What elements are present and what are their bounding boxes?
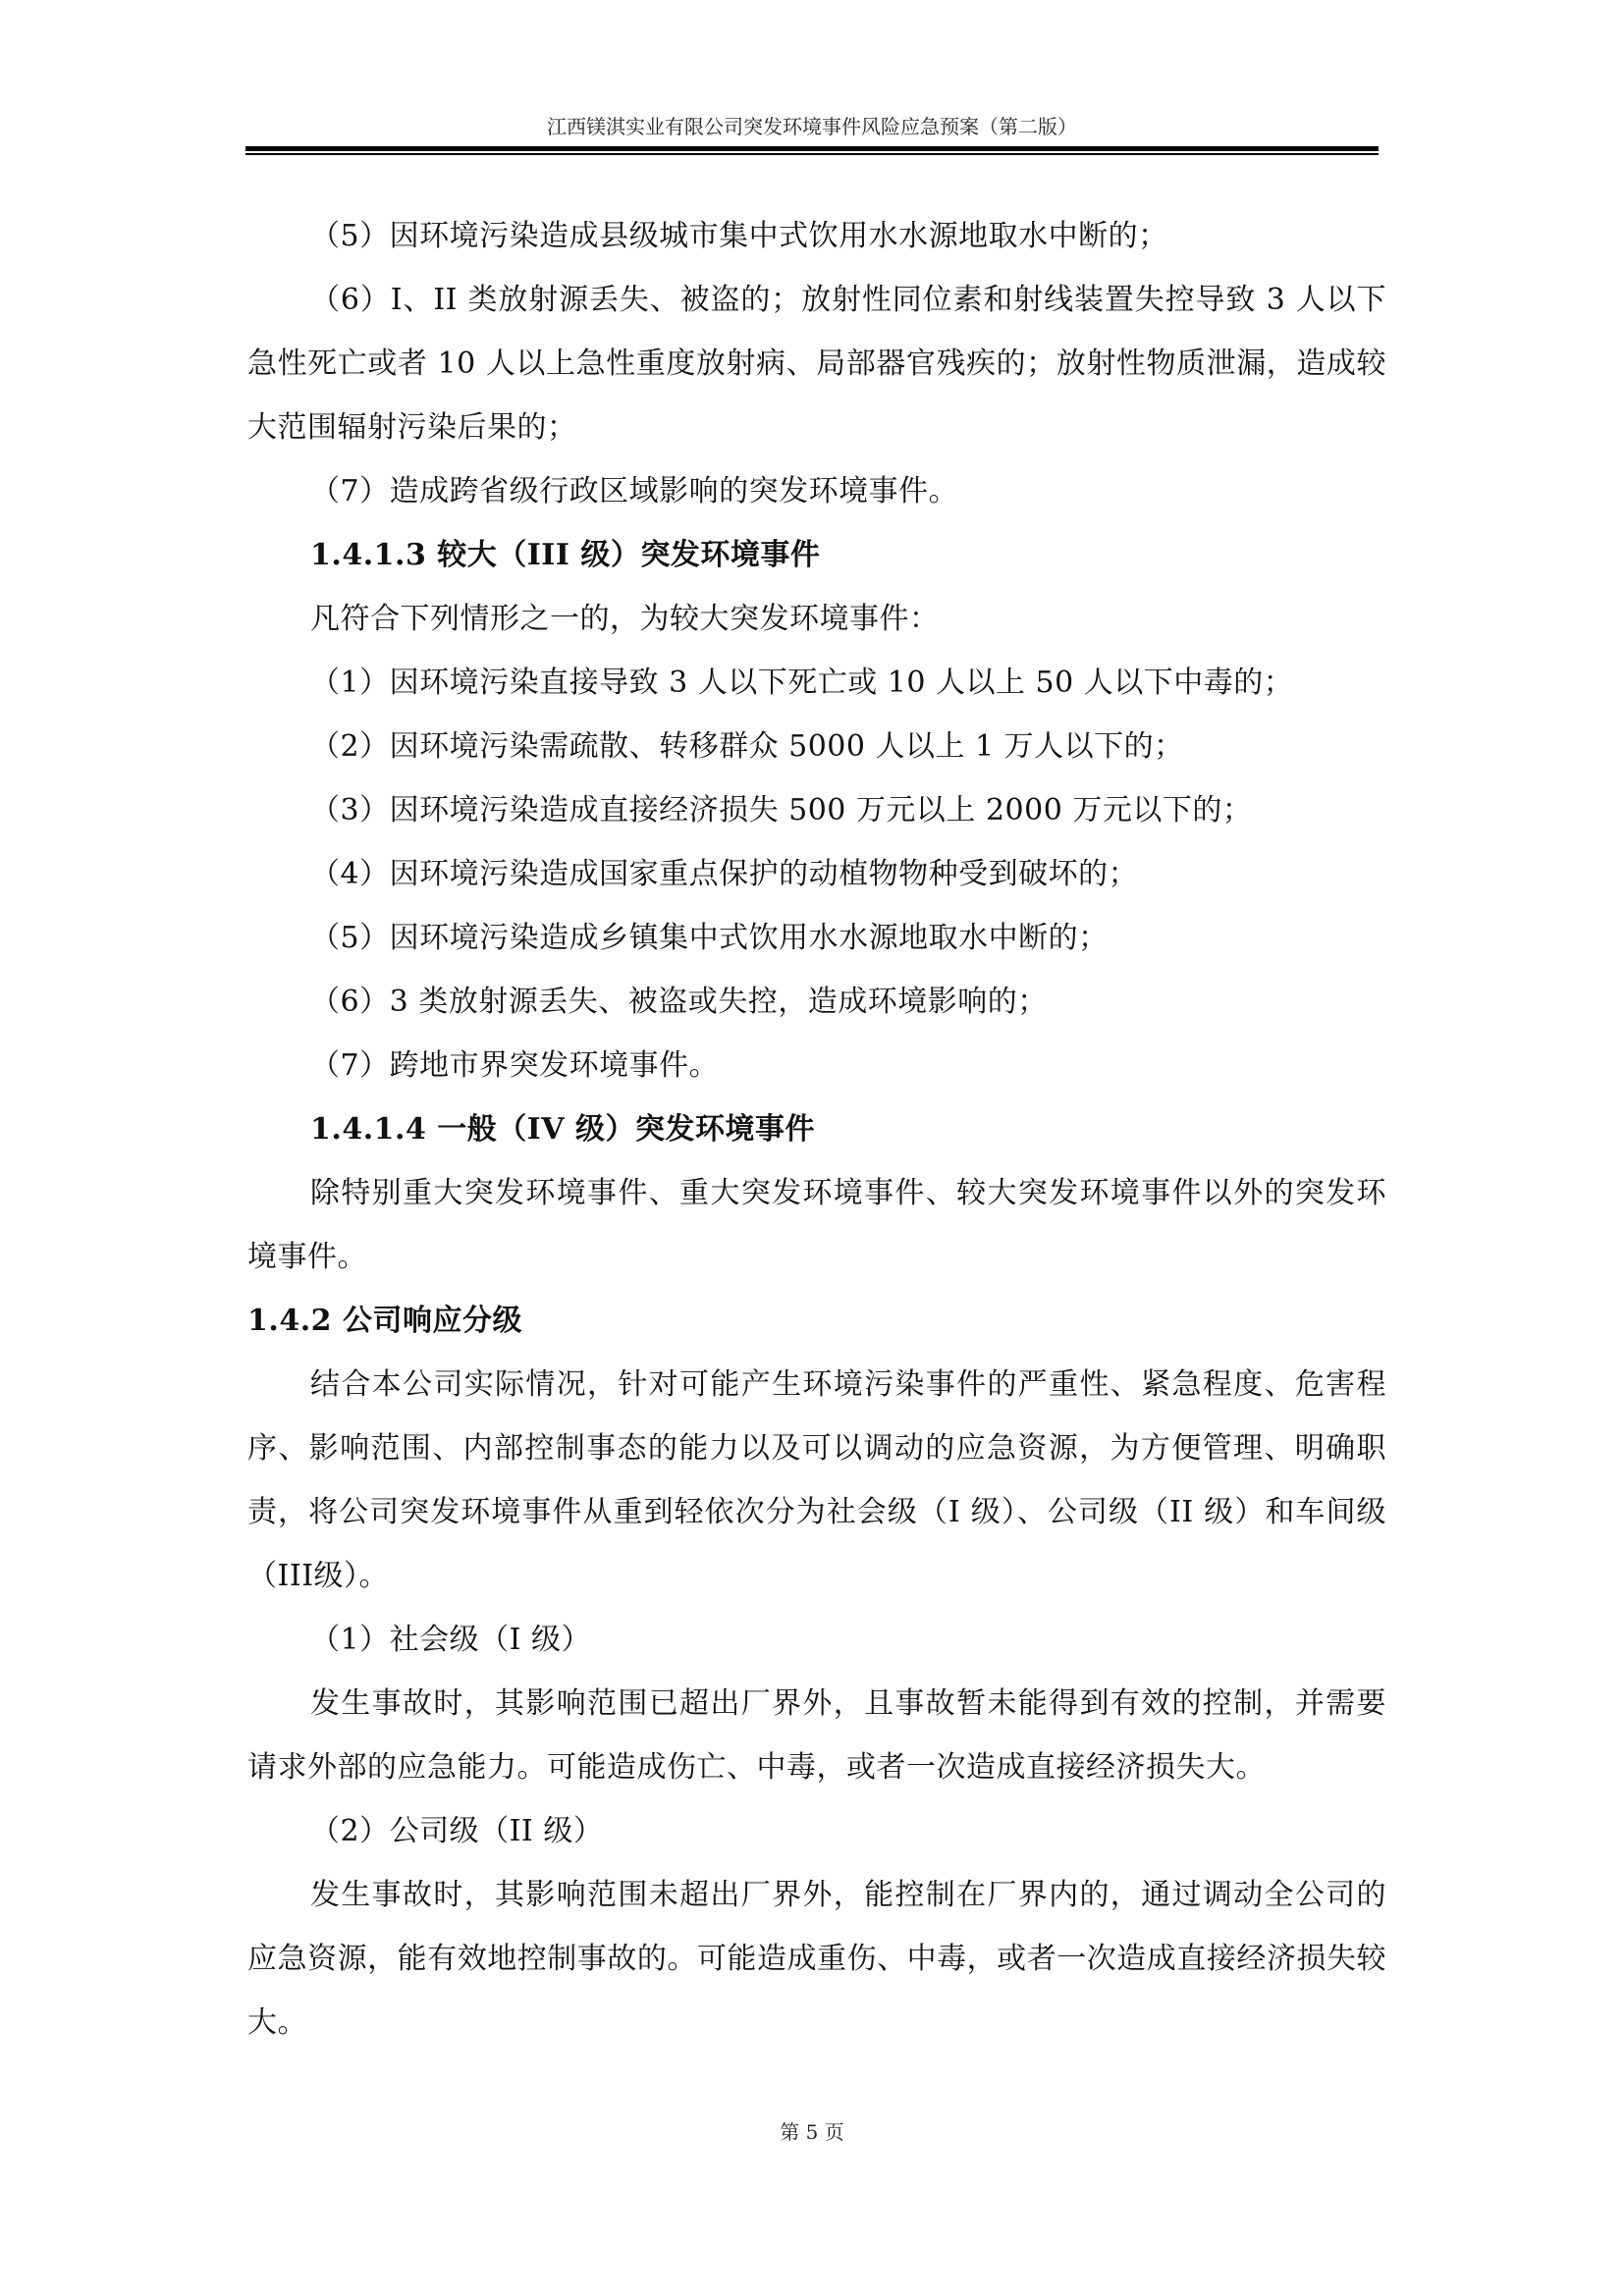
paragraph: 除特别重大突发环境事件、重大突发环境事件、较大突发环境事件以外的突发环境事件。	[247, 1161, 1386, 1289]
page-number: 第 5 页	[0, 2116, 1624, 2145]
list-item: （5）因环境污染造成县级城市集中式饮用水水源地取水中断的；	[247, 204, 1386, 268]
paragraph: 结合本公司实际情况，针对可能产生环境污染事件的严重性、紧急程度、危害程序、影响范…	[247, 1353, 1386, 1608]
list-item: （6）I、II 类放射源丢失、被盗的；放射性同位素和射线装置失控导致 3 人以下…	[247, 268, 1386, 459]
paragraph: 发生事故时，其影响范围已超出厂界外，且事故暂未能得到有效的控制，并需要请求外部的…	[247, 1672, 1386, 1799]
list-item: （4）因环境污染造成国家重点保护的动植物物种受到破坏的；	[247, 842, 1386, 906]
paragraph: 发生事故时，其影响范围未超出厂界外，能控制在厂界内的，通过调动全公司的应急资源，…	[247, 1863, 1386, 2055]
section-heading-1-4-2: 1.4.2 公司响应分级	[247, 1289, 1386, 1353]
list-item: （5）因环境污染造成乡镇集中式饮用水水源地取水中断的；	[247, 906, 1386, 970]
paragraph: 凡符合下列情形之一的，为较大突发环境事件：	[247, 587, 1386, 651]
list-item: （2）因环境污染需疏散、转移群众 5000 人以上 1 万人以下的；	[247, 715, 1386, 778]
list-item: （1）因环境污染直接导致 3 人以下死亡或 10 人以上 50 人以下中毒的；	[247, 651, 1386, 715]
header-rule-thick	[245, 146, 1379, 151]
list-item: （7）跨地市界突发环境事件。	[247, 1034, 1386, 1097]
list-item: （2）公司级（II 级）	[247, 1799, 1386, 1863]
list-item: （1）社会级（I 级）	[247, 1608, 1386, 1672]
list-item: （6）3 类放射源丢失、被盗或失控，造成环境影响的；	[247, 970, 1386, 1034]
header-rule-thin	[245, 153, 1379, 155]
list-item: （7）造成跨省级行政区域影响的突发环境事件。	[247, 459, 1386, 523]
section-heading-1-4-1-3: 1.4.1.3 较大（III 级）突发环境事件	[247, 523, 1386, 587]
section-heading-1-4-1-4: 1.4.1.4 一般（IV 级）突发环境事件	[247, 1097, 1386, 1161]
document-body: （5）因环境污染造成县级城市集中式饮用水水源地取水中断的； （6）I、II 类放…	[247, 204, 1386, 2055]
list-item: （3）因环境污染造成直接经济损失 500 万元以上 2000 万元以下的；	[247, 778, 1386, 842]
document-header-title: 江西镁淇实业有限公司突发环境事件风险应急预案（第二版）	[245, 114, 1379, 139]
